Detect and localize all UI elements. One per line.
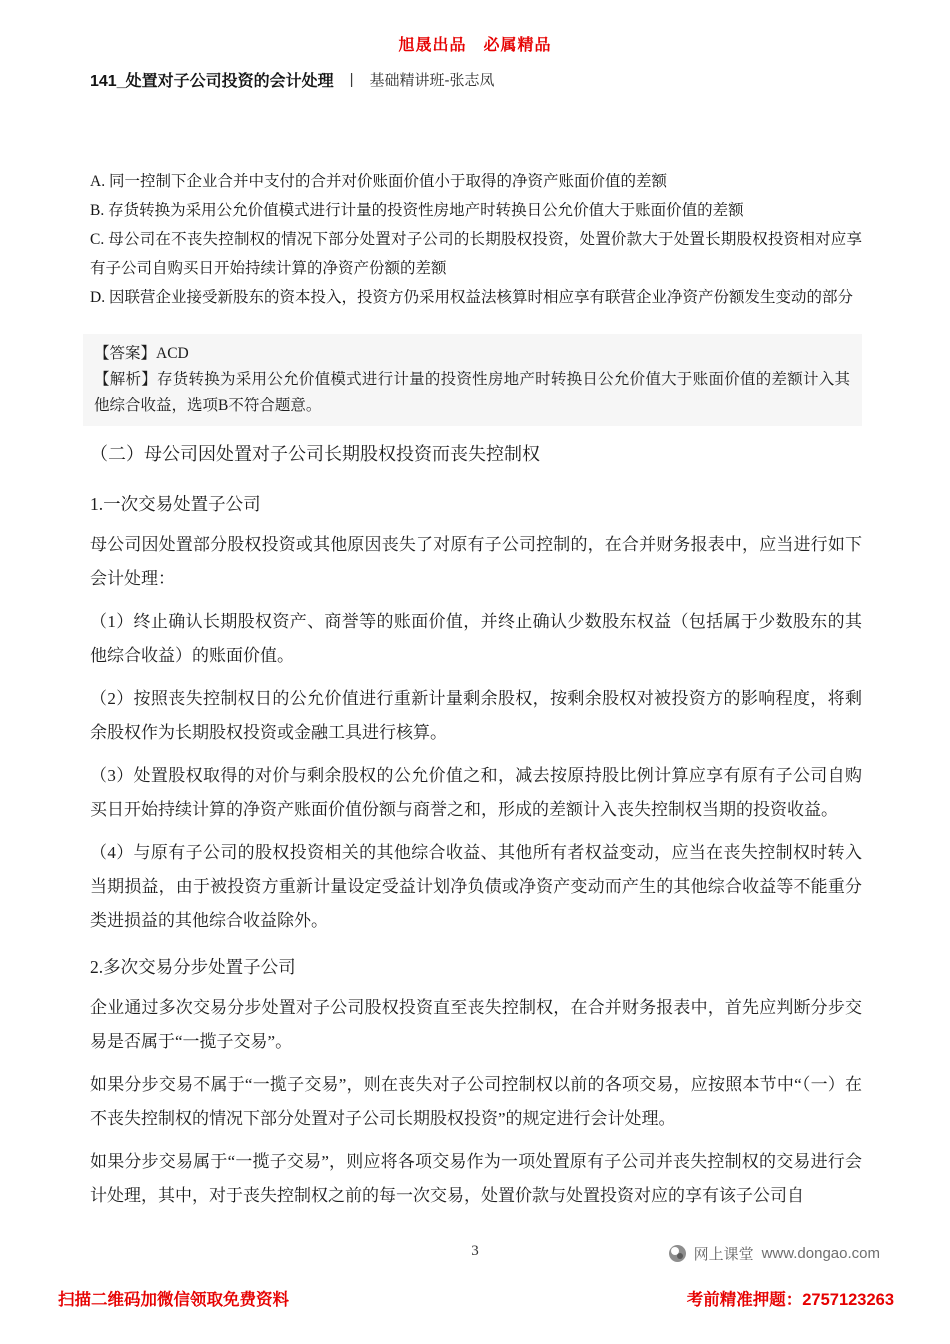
paragraph: （2）按照丧失控制权日的公允价值进行重新计量剩余股权，按剩余股权对被投资方的影响…	[90, 682, 862, 750]
paragraph: 企业通过多次交易分步处置对子公司股权投资直至丧失控制权，在合并财务报表中，首先应…	[90, 991, 862, 1059]
page-banner: 旭晟出品 必属精品	[0, 0, 950, 55]
paragraph: 如果分步交易不属于“一揽子交易”，则在丧失对子公司控制权以前的各项交易，应按照本…	[90, 1068, 862, 1136]
page-content: A. 同一控制下企业合并中支付的合并对价账面价值小于取得的净资产账面价值的差额 …	[90, 167, 862, 1213]
paragraph: 母公司因处置部分股权投资或其他原因丧失了对原有子公司控制的，在合并财务报表中，应…	[90, 528, 862, 596]
website-url: www.dongao.com	[762, 1245, 880, 1262]
footer-brand: 网上课堂 www.dongao.com	[669, 1243, 880, 1264]
analysis-text: 存货转换为采用公允价值模式进行计量的投资性房地产时转换日公允价值大于账面价值的差…	[94, 371, 850, 414]
title-separator: |	[350, 71, 354, 88]
analysis-label: 【解析】	[94, 371, 157, 388]
platform-name: 网上课堂	[694, 1243, 754, 1264]
paragraph: （3）处置股权取得的对价与剩余股权的公允价值之和，减去按原持股比例计算应享有原有…	[90, 759, 862, 827]
answer-box: 【答案】ACD 【解析】存货转换为采用公允价值模式进行计量的投资性房地产时转换日…	[83, 334, 862, 426]
answer-line: 【答案】ACD	[94, 341, 850, 367]
question-options: A. 同一控制下企业合并中支付的合并对价账面价值小于取得的净资产账面价值的差额 …	[90, 167, 862, 312]
option-item-c: C. 母公司在不丧失控制权的情况下部分处置对子公司的长期股权投资，处置价款大于处…	[90, 225, 862, 283]
dongao-logo-icon	[669, 1245, 686, 1262]
paragraph: （4）与原有子公司的股权投资相关的其他综合收益、其他所有者权益变动，应当在丧失控…	[90, 836, 862, 938]
option-item-b: B. 存货转换为采用公允价值模式进行计量的投资性房地产时转换日公允价值大于账面价…	[90, 196, 862, 225]
analysis-line: 【解析】存货转换为采用公允价值模式进行计量的投资性房地产时转换日公允价值大于账面…	[94, 367, 850, 419]
answer-label: 【答案】	[94, 345, 156, 362]
option-item-a: A. 同一控制下企业合并中支付的合并对价账面价值小于取得的净资产账面价值的差额	[90, 167, 862, 196]
section-heading: （二）母公司因处置对子公司长期股权投资而丧失控制权	[90, 439, 862, 469]
promo-bar: 扫描二维码加微信领取免费资料 考前精准押题：2757123263	[58, 1286, 894, 1310]
subsection-heading-1: 1.一次交易处置子公司	[90, 489, 862, 519]
doc-title: 141_处置对子公司投资的会计处理	[90, 68, 334, 91]
promo-left: 扫描二维码加微信领取免费资料	[58, 1286, 289, 1310]
doc-header: 141_处置对子公司投资的会计处理 | 基础精讲班-张志凤	[90, 68, 950, 91]
course-name: 基础精讲班-张志凤	[370, 69, 495, 90]
paragraph: 如果分步交易属于“一揽子交易”，则应将各项交易作为一项处置原有子公司并丧失控制权…	[90, 1145, 862, 1213]
option-item-d: D. 因联营企业接受新股东的资本投入，投资方仍采用权益法核算时相应享有联营企业净…	[90, 283, 862, 312]
document-page: 旭晟出品 必属精品 141_处置对子公司投资的会计处理 | 基础精讲班-张志凤 …	[0, 0, 950, 1344]
answer-value: ACD	[156, 345, 189, 362]
paragraph: （1）终止确认长期股权资产、商誉等的账面价值，并终止确认少数股东权益（包括属于少…	[90, 605, 862, 673]
promo-right: 考前精准押题：2757123263	[687, 1286, 894, 1310]
page-footer: 3 网上课堂 www.dongao.com	[0, 1243, 950, 1265]
subsection-heading-2: 2.多次交易分步处置子公司	[90, 952, 862, 982]
